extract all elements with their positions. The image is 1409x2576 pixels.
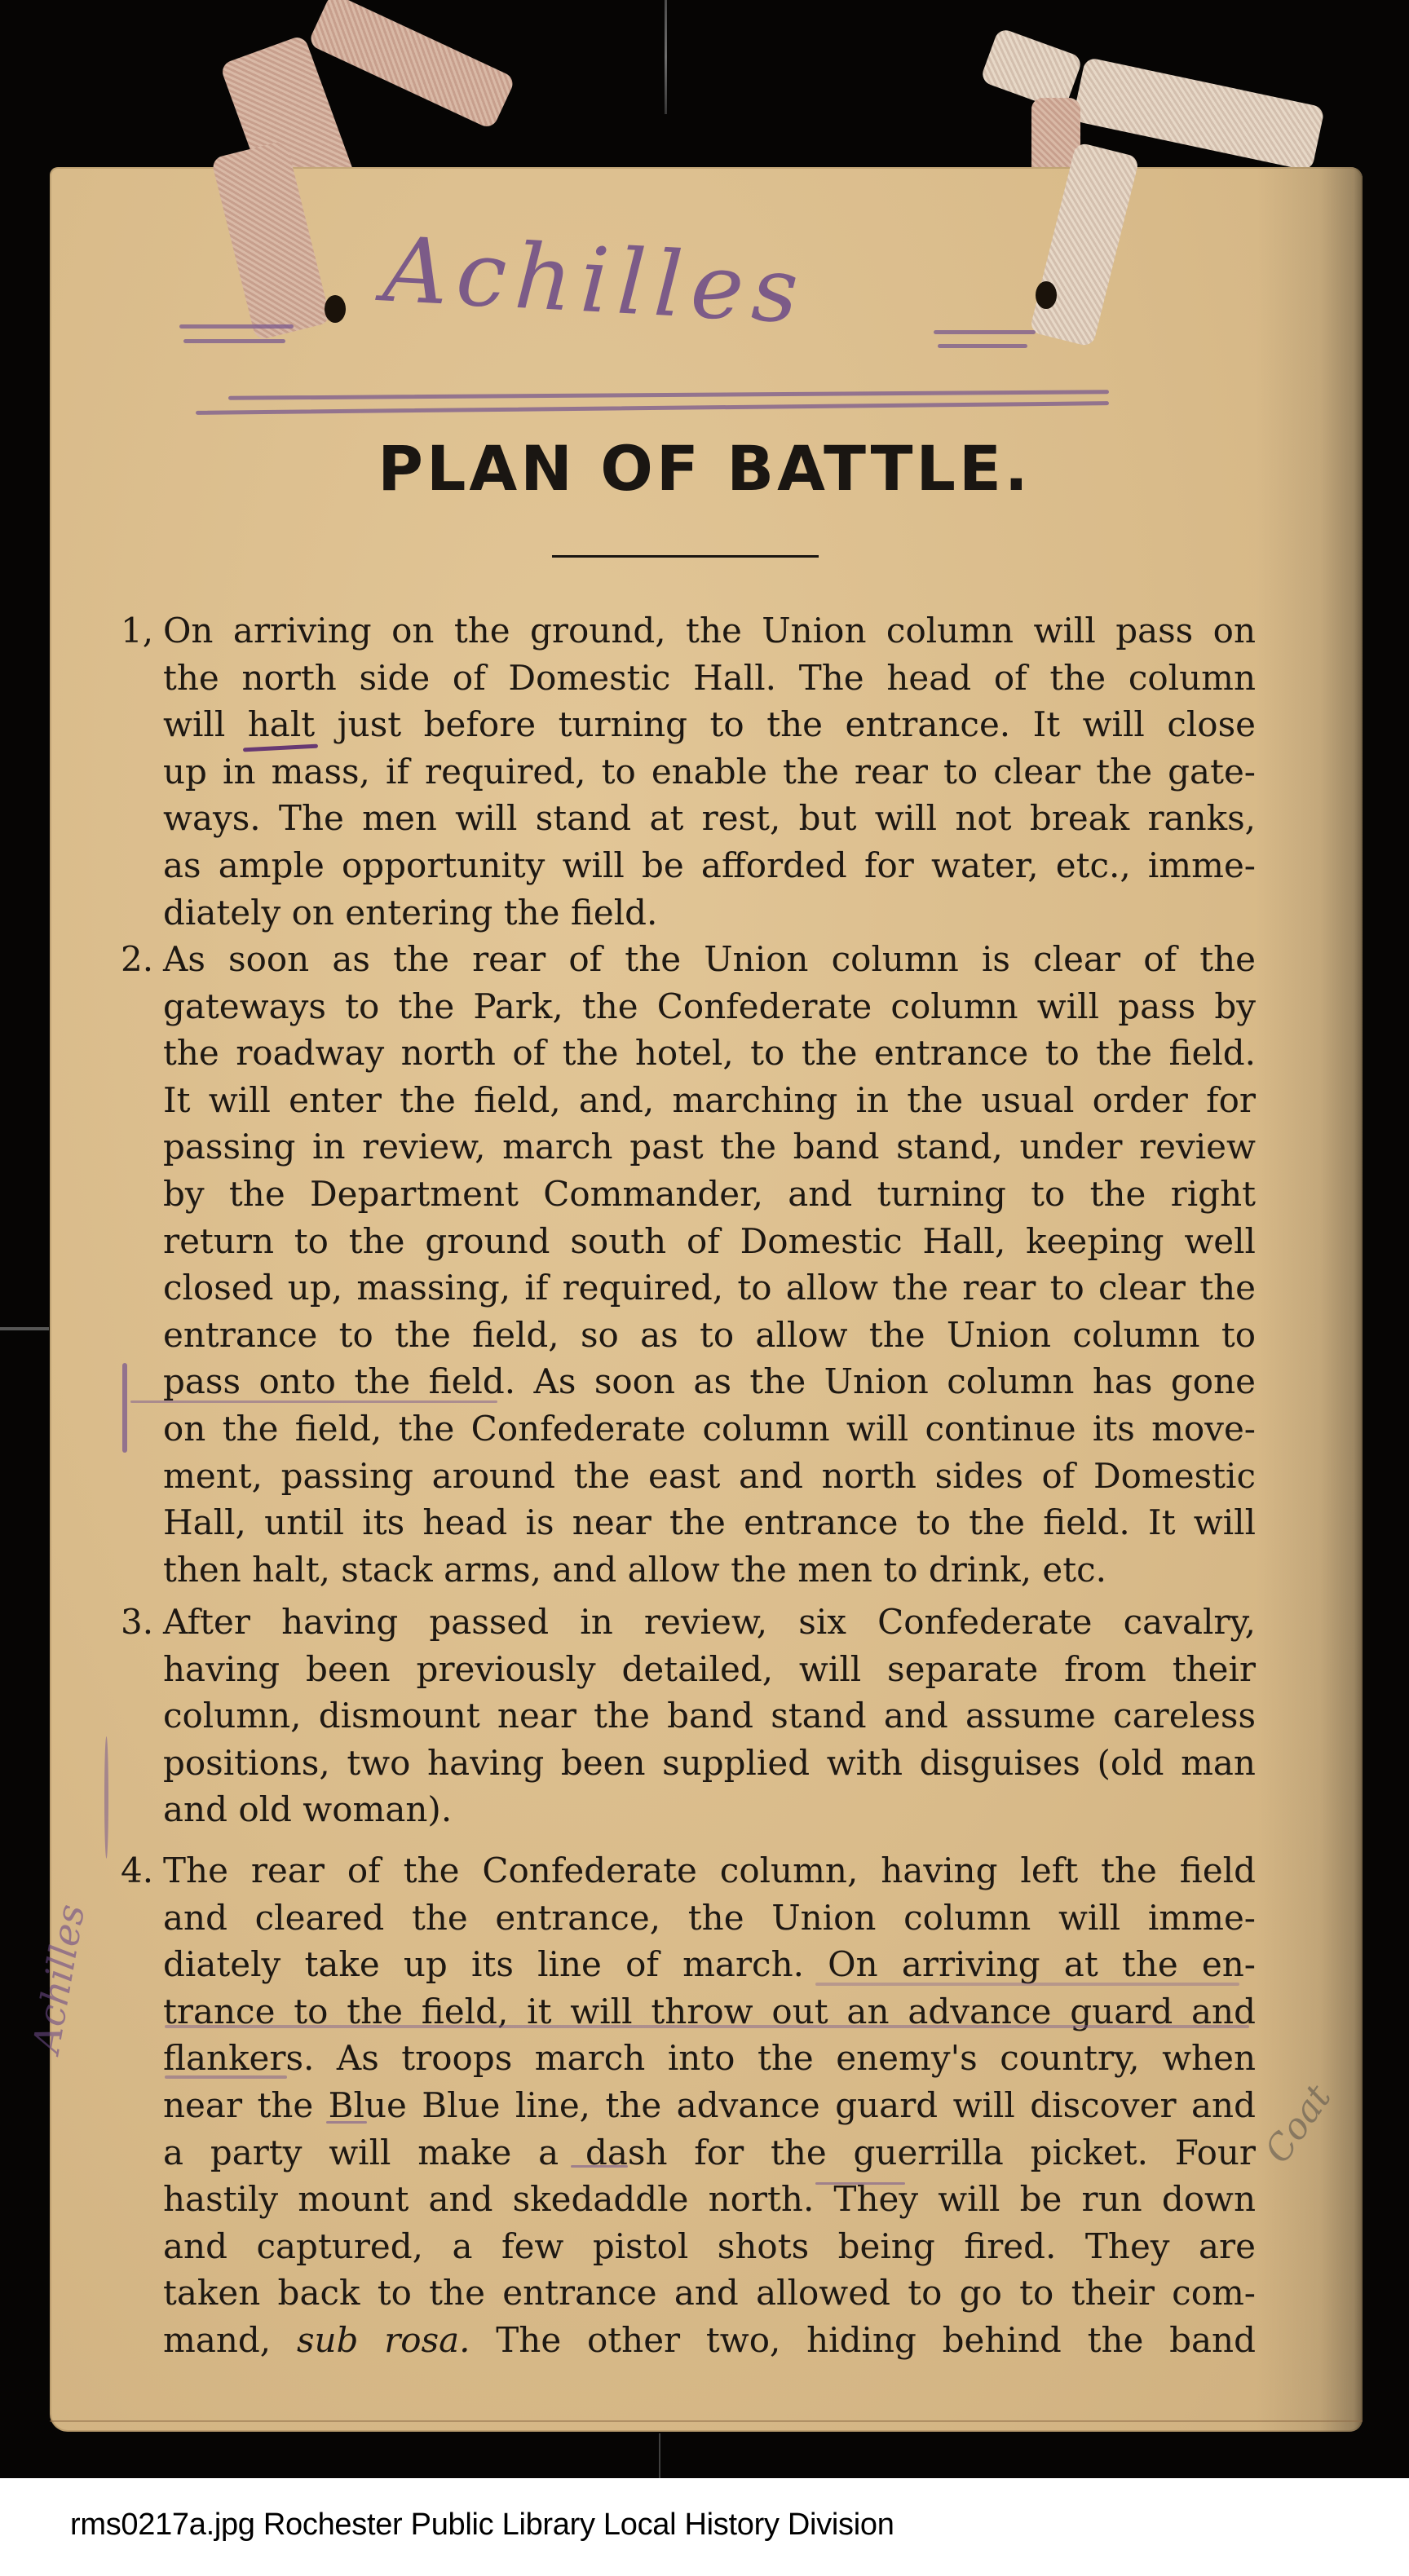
paragraph-4: The rear of the Confederate column, havi… (163, 1847, 1256, 2364)
paragraph-line: having been previously detailed, will se… (163, 1646, 1256, 1693)
paragraph-3: After having passed in review, six Confe… (163, 1599, 1256, 1833)
ink-dash-right-2 (938, 344, 1027, 348)
paragraph-line: as ample opportunity will be afforded fo… (163, 842, 1256, 889)
paragraph-line: positions, two having been supplied with… (163, 1740, 1256, 1787)
paragraph-line: ways. The men will stand at rest, but wi… (163, 795, 1256, 842)
ink-bracket-pass-onto (122, 1363, 127, 1453)
paragraph-line: and old woman). (163, 1786, 1256, 1833)
paragraph-3-number: 3. (121, 1599, 153, 1646)
paragraph-line: the roadway north of the hotel, to the e… (163, 1030, 1256, 1077)
ribbon-left-loop (307, 0, 516, 130)
scanner-seam-bottom (659, 2433, 660, 2478)
scanned-document-photo: Achilles PLAN OF BATTLE. 1, On arriving … (0, 0, 1409, 2478)
paragraph-2-number: 2. (121, 936, 153, 983)
paragraph-line: On arriving on the ground, the Union col… (163, 607, 1256, 655)
page-title: PLAN OF BATTLE. (0, 432, 1409, 505)
ink-underline-they (815, 2182, 905, 2185)
title-rule (552, 555, 819, 558)
paragraph-1: On arriving on the ground, the Union col… (163, 607, 1256, 936)
paragraph-line: taken back to the entrance and allowed t… (163, 2269, 1256, 2317)
paragraph-line: entrance to the field, so as to allow th… (163, 1312, 1256, 1359)
paragraph-line: flankers. As troops march into the enemy… (163, 2035, 1256, 2082)
sub-rosa-italic: sub rosa. (297, 2320, 470, 2360)
paragraph-line: up in mass, if required, to enable the r… (163, 748, 1256, 796)
paragraph-line: on the field, the Confederate column wil… (163, 1405, 1256, 1453)
ink-arc-margin (104, 1736, 108, 1859)
ink-dash-left-2 (183, 339, 285, 343)
paragraph-line: Hall, until its head is near the entranc… (163, 1499, 1256, 1546)
paragraph-line: hastily mount and skedaddle north. They … (163, 2176, 1256, 2223)
paragraph-line: gateways to the Park, the Confederate co… (163, 983, 1256, 1030)
card-bottom-edge (50, 2420, 1363, 2432)
ink-dash-left-1 (179, 324, 294, 329)
scanner-seam-left (0, 1327, 49, 1330)
punch-hole-right (1036, 281, 1057, 309)
paragraph-line: After having passed in review, six Confe… (163, 1599, 1256, 1646)
paragraph-line: return to the ground south of Domestic H… (163, 1218, 1256, 1265)
paragraph-line: column, dismount near the band stand and… (163, 1692, 1256, 1740)
ink-underline-dash (571, 2165, 628, 2168)
paragraph-line: will halt just before turning to the ent… (163, 701, 1256, 748)
handwritten-name: Achilles (381, 218, 809, 344)
ink-underline-blue (326, 2121, 367, 2124)
ink-underline-arriving (815, 1983, 1239, 1986)
paragraph-line: diately on entering the field. (163, 889, 1256, 937)
paragraph-line: by the Department Commander, and turning… (163, 1171, 1256, 1218)
last-line-prefix: mand, (163, 2320, 297, 2360)
paragraph-4-number: 4. (121, 1847, 153, 1895)
ink-underline-entrance (165, 2025, 1249, 2028)
paragraph-last-line: mand, sub rosa. The other two, hiding be… (163, 2317, 1256, 2364)
paragraph-1-number: 1, (121, 607, 153, 655)
paragraph-2: As soon as the rear of the Union column … (163, 936, 1256, 1593)
ink-underline-flankers (165, 2075, 287, 2079)
paragraph-line: then halt, stack arms, and allow the men… (163, 1546, 1256, 1594)
paragraph-line: The rear of the Confederate column, havi… (163, 1847, 1256, 1895)
image-caption: rms0217a.jpg Rochester Public Library Lo… (70, 2508, 894, 2543)
paragraph-line: and cleared the entrance, the Union colu… (163, 1895, 1256, 1942)
paragraph-line: It will enter the field, and, marching i… (163, 1077, 1256, 1124)
paragraph-line: and captured, a few pistol shots being f… (163, 2223, 1256, 2270)
punch-hole-left (325, 295, 346, 323)
paragraph-line: the north side of Domestic Hall. The hea… (163, 655, 1256, 702)
paragraph-line: a party will make a dash for the guerril… (163, 2129, 1256, 2177)
ink-underline-pass-onto (130, 1400, 497, 1403)
last-line-suffix: The other two, hiding behind the band (470, 2320, 1256, 2360)
paragraph-line: diately take up its line of march. On ar… (163, 1941, 1256, 1988)
paragraph-line: ment, passing around the east and north … (163, 1453, 1256, 1500)
ink-dash-right-1 (934, 330, 1036, 334)
paragraph-line: passing in review, march past the band s… (163, 1123, 1256, 1171)
paragraph-line: closed up, massing, if required, to allo… (163, 1264, 1256, 1312)
paragraph-line: pass onto the field. As soon as the Unio… (163, 1358, 1256, 1405)
paragraph-line: As soon as the rear of the Union column … (163, 936, 1256, 983)
scanner-seam-top (665, 0, 667, 114)
